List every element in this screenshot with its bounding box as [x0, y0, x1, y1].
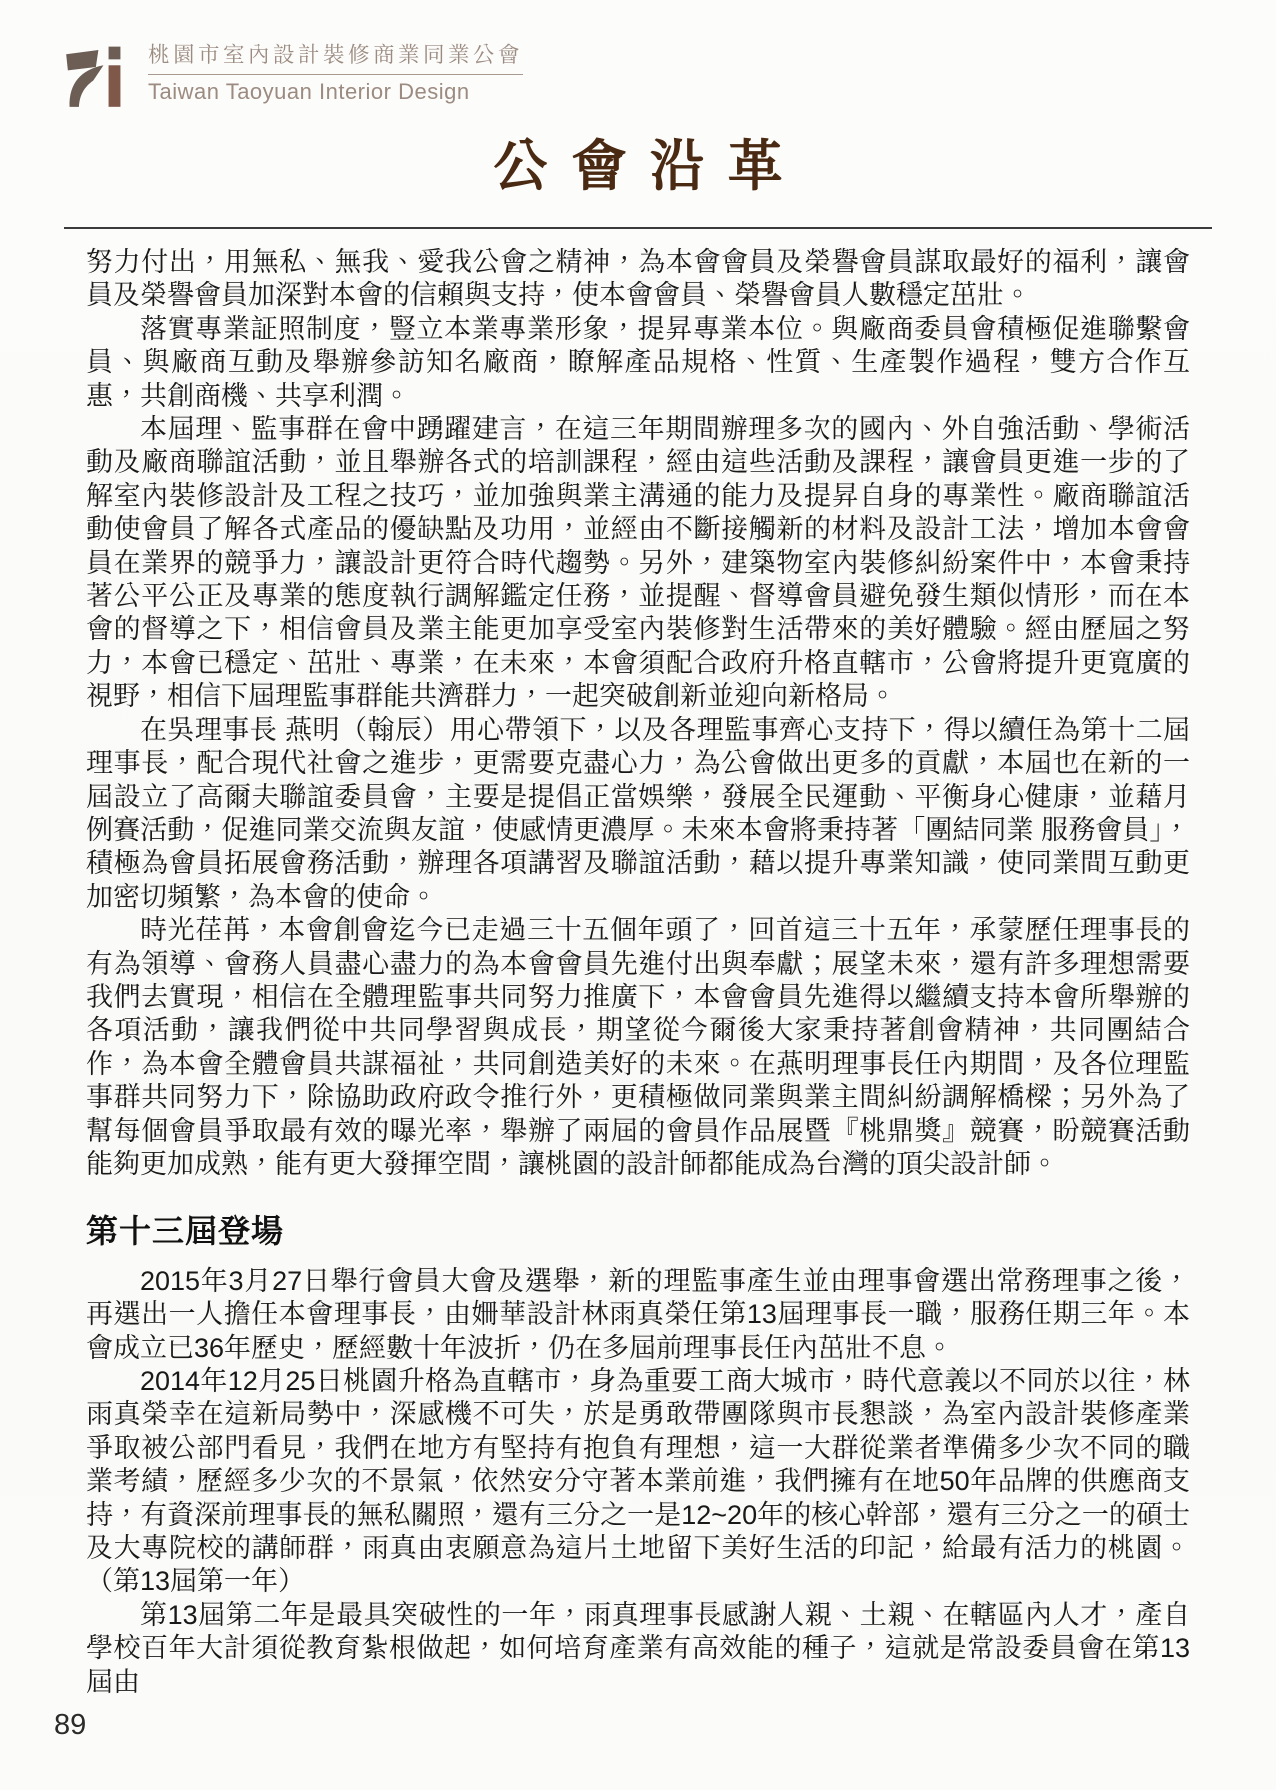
org-name-en: Taiwan Taoyuan Interior Design: [148, 79, 523, 105]
paragraph-13th-1: 2015年3月27日舉行會員大會及選舉，新的理監事產生並由理事會選出常務理事之後…: [86, 1265, 1190, 1365]
page-number: 89: [54, 1709, 86, 1742]
body-text: 努力付出，用無私、無我、愛我公會之精神，為本會會員及榮譽會員謀取最好的福利，讓會…: [86, 246, 1190, 1699]
page-title: 公會沿革: [0, 122, 1276, 201]
association-logo-icon: [56, 42, 134, 119]
title-divider: [64, 227, 1212, 229]
paragraph-history-1: 努力付出，用無私、無我、愛我公會之精神，為本會會員及榮譽會員謀取最好的福利，讓會…: [86, 246, 1190, 313]
document-page: 桃園市室內設計裝修商業同業公會 Taiwan Taoyuan Interior …: [0, 0, 1276, 1790]
org-name-zh: 桃園市室內設計裝修商業同業公會: [148, 38, 523, 75]
section-heading-13th: 第十三屆登場: [86, 1215, 1190, 1248]
paragraph-history-4: 在吳理事長 燕明（翰辰）用心帶領下，以及各理監事齊心支持下，得以續任為第十二屆理…: [86, 714, 1190, 914]
paragraph-13th-2: 2014年12月25日桃園升格為直轄市，身為重要工商大城市，時代意義以不同於以往…: [86, 1365, 1190, 1599]
paragraph-history-3: 本屆理、監事群在會中踴躍建言，在這三年期間辦理多次的國內、外自強活動、學術活動及…: [86, 413, 1190, 714]
paragraph-history-2: 落實專業証照制度，豎立本業專業形象，提昇專業本位。與廠商委員會積極促進聯繫會員、…: [86, 313, 1190, 413]
paragraph-13th-3: 第13屆第二年是最具突破性的一年，雨真理事長感謝人親、土親、在轄區內人才，產自學…: [86, 1599, 1190, 1699]
logo-text-block: 桃園市室內設計裝修商業同業公會 Taiwan Taoyuan Interior …: [148, 38, 523, 105]
paragraph-history-5: 時光荏苒，本會創會迄今已走過三十五個年頭了，回首這三十五年，承蒙歷任理事長的有為…: [86, 914, 1190, 1181]
header-logo: 桃園市室內設計裝修商業同業公會 Taiwan Taoyuan Interior …: [56, 38, 523, 119]
